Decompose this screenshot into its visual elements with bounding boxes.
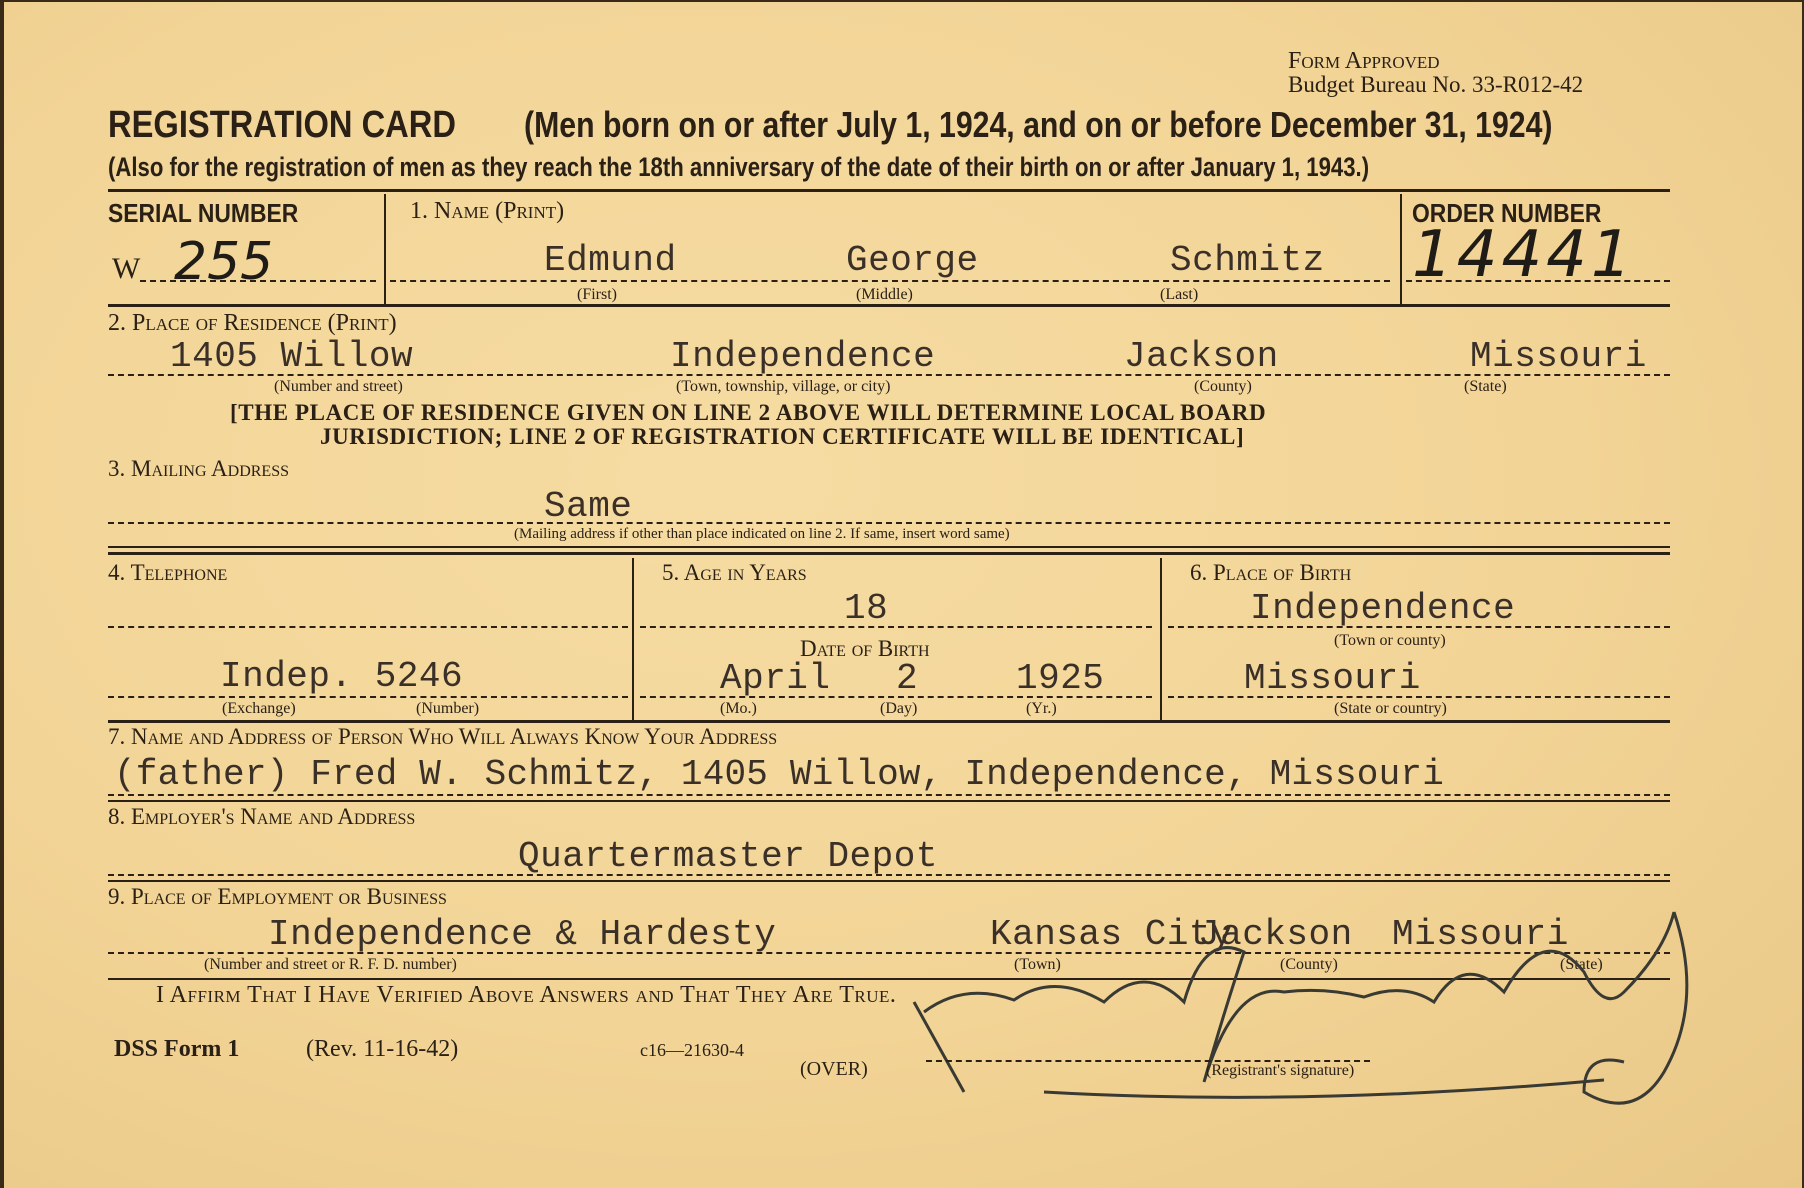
year-caption: (Yr.) bbox=[1026, 700, 1057, 718]
employer-label: 8. Employer's Name and Address bbox=[108, 804, 415, 830]
exchange-caption: (Exchange) bbox=[222, 700, 296, 718]
age-label: 5. Age in Years bbox=[662, 560, 807, 586]
telephone-label: 4. Telephone bbox=[108, 560, 227, 586]
name-first-value[interactable]: Edmund bbox=[544, 240, 677, 281]
subtitle-text: (Also for the registration of men as the… bbox=[108, 152, 1369, 183]
name-last-value[interactable]: Schmitz bbox=[1170, 240, 1325, 281]
name-line bbox=[390, 280, 1390, 282]
contact-person-label: 7. Name and Address of Person Who Will A… bbox=[108, 724, 777, 750]
mailing-caption: (Mailing address if other than place ind… bbox=[514, 526, 1010, 543]
telephone-line-2 bbox=[108, 696, 628, 698]
birthplace-line-2 bbox=[1168, 696, 1670, 698]
birthplace-town-caption: (Town or county) bbox=[1334, 632, 1446, 650]
divider bbox=[108, 800, 1670, 802]
divider bbox=[108, 189, 1670, 192]
form-id: DSS Form 1 bbox=[114, 1036, 239, 1063]
serial-line bbox=[140, 280, 376, 282]
street-caption: (Number and street) bbox=[274, 378, 403, 396]
budget-bureau-number: Budget Bureau No. 33-R012-42 bbox=[1288, 72, 1583, 98]
contact-person-line bbox=[108, 794, 1670, 796]
serial-prefix: W bbox=[112, 252, 140, 286]
order-line bbox=[1406, 280, 1670, 282]
number-caption: (Number) bbox=[416, 700, 479, 718]
employer-line bbox=[108, 874, 1670, 876]
middle-caption: (Middle) bbox=[856, 286, 913, 304]
age-line bbox=[640, 626, 1152, 628]
telephone-value[interactable]: Indep. 5246 bbox=[220, 656, 463, 697]
birthplace-state-caption: (State or country) bbox=[1334, 700, 1447, 718]
divider bbox=[384, 194, 386, 304]
name-label: 1. Name (Print) bbox=[410, 198, 564, 225]
residence-label: 2. Place of Residence (Print) bbox=[108, 310, 397, 337]
residence-line bbox=[108, 374, 1670, 376]
birthplace-state-value[interactable]: Missouri bbox=[1244, 658, 1421, 699]
employer-value[interactable]: Quartermaster Depot bbox=[518, 836, 938, 877]
mailing-line bbox=[108, 522, 1670, 524]
birthplace-label: 6. Place of Birth bbox=[1190, 560, 1351, 586]
residence-town-value[interactable]: Independence bbox=[670, 336, 935, 377]
signature-scribble-icon bbox=[904, 892, 1804, 1132]
month-caption: (Mo.) bbox=[720, 700, 757, 718]
affirmation-text: I Affirm That I Have Verified Above Answ… bbox=[156, 982, 896, 1009]
dob-month-value[interactable]: April bbox=[720, 658, 831, 699]
divider bbox=[632, 558, 634, 720]
residence-state-value[interactable]: Missouri bbox=[1470, 336, 1647, 377]
dob-year-value[interactable]: 1925 bbox=[1016, 658, 1104, 699]
birthplace-line-1 bbox=[1168, 626, 1670, 628]
name-middle-value[interactable]: George bbox=[846, 240, 979, 281]
divider bbox=[108, 880, 1670, 882]
registration-card: Form Approved Budget Bureau No. 33-R012-… bbox=[4, 2, 1802, 1188]
residence-notice-line1: [THE PLACE OF RESIDENCE GIVEN ON LINE 2 … bbox=[230, 400, 1266, 426]
card-title: REGISTRATION CARD bbox=[108, 104, 456, 147]
employment-place-label: 9. Place of Employment or Business bbox=[108, 884, 447, 910]
state-caption: (State) bbox=[1464, 378, 1507, 396]
signature-caption: (Registrant's signature) bbox=[1206, 1062, 1354, 1080]
first-caption: (First) bbox=[577, 286, 617, 304]
residence-county-value[interactable]: Jackson bbox=[1124, 336, 1279, 377]
dob-day-value[interactable]: 2 bbox=[896, 658, 918, 699]
mailing-value[interactable]: Same bbox=[544, 486, 632, 527]
divider bbox=[108, 304, 1670, 307]
divider bbox=[108, 552, 1670, 555]
divider bbox=[1400, 194, 1402, 304]
residence-notice-line2: JURISDICTION; LINE 2 OF REGISTRATION CER… bbox=[320, 424, 1244, 450]
form-approved-label: Form Approved bbox=[1288, 48, 1440, 75]
employment-street-caption: (Number and street or R. F. D. number) bbox=[204, 956, 457, 974]
age-value[interactable]: 18 bbox=[844, 588, 888, 629]
town-caption: (Town, township, village, or city) bbox=[676, 378, 890, 396]
divider bbox=[108, 720, 1670, 723]
over-label: (OVER) bbox=[800, 1058, 868, 1081]
serial-number-label: SERIAL NUMBER bbox=[108, 198, 298, 229]
county-caption: (County) bbox=[1194, 378, 1252, 396]
dob-line bbox=[640, 696, 1152, 698]
day-caption: (Day) bbox=[880, 700, 917, 718]
form-revision: (Rev. 11-16-42) bbox=[306, 1036, 458, 1063]
contact-person-value[interactable]: (father) Fred W. Schmitz, 1405 Willow, I… bbox=[114, 754, 1444, 795]
residence-street-value[interactable]: 1405 Willow bbox=[170, 336, 413, 377]
divider bbox=[1160, 558, 1162, 720]
divider bbox=[108, 546, 1670, 548]
serial-number-value[interactable]: 255 bbox=[174, 232, 273, 292]
birthplace-town-value[interactable]: Independence bbox=[1250, 588, 1515, 629]
employment-street-value[interactable]: Independence & Hardesty bbox=[268, 914, 776, 955]
eligibility-text: (Men born on or after July 1, 1924, and … bbox=[524, 104, 1552, 146]
print-code: c16—21630-4 bbox=[640, 1040, 744, 1061]
mailing-label: 3. Mailing Address bbox=[108, 456, 289, 482]
telephone-line-1 bbox=[108, 626, 628, 628]
last-caption: (Last) bbox=[1160, 286, 1198, 304]
